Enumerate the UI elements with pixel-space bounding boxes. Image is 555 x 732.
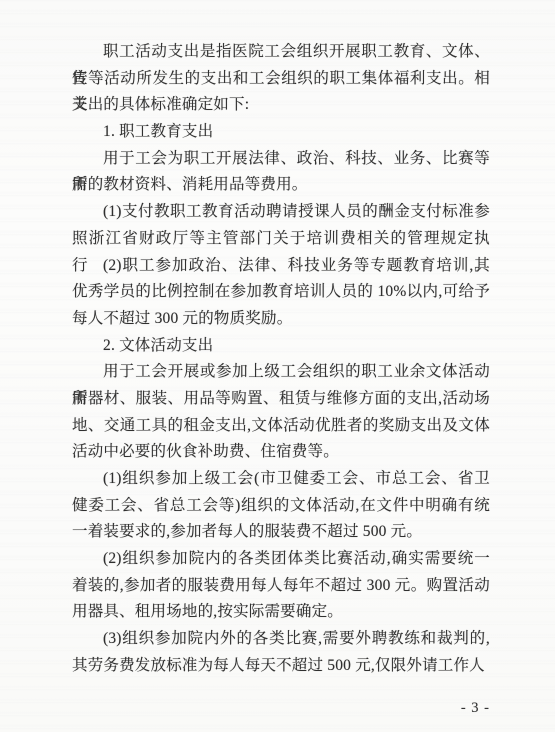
document-line: (1)支付教职工教育活动聘请授课人员的酬金支付标准参 [72,199,490,226]
section-heading-2: 2. 文体活动支出 [72,333,490,360]
document-line: 活动中必要的伙食补助费、住宿费等。 [72,439,490,466]
document-line: 用于工会开展或参加上级工会组织的职工业余文体活动所 [72,359,490,386]
document-line: 用器具、租用场地的,按实际需要确定。 [72,599,490,626]
document-line: (1)组织参加上级工会(市卫健委工会、市总工会、省卫 [72,466,490,493]
document-body: 职工活动支出是指医院工会组织开展职工教育、文体、宣 传等活动所发生的支出和工会组… [72,39,490,680]
document-line: 地、交通工具的租金支出,文体活动优胜者的奖励支出及文体 [72,413,490,440]
section-heading-1: 1. 职工教育支出 [72,119,490,146]
document-line: (2)职工参加政治、法律、科技业务等专题教育培训,其 [72,253,490,280]
document-line: 一着装要求的,参加者每人的服装费不超过 500 元。 [72,519,490,546]
document-line: 其劳务费发放标准为每人每天不超过 500 元,仅限外请工作人 [72,653,490,680]
document-line: 优秀学员的比例控制在参加教育培训人员的 10%以内,可给予 [72,279,490,306]
document-line: 传等活动所发生的支出和工会组织的职工集体福利支出。相关 [72,66,490,93]
document-line: 需的教材资料、消耗用品等费用。 [72,172,490,199]
document-line: 职工活动支出是指医院工会组织开展职工教育、文体、宣 [72,39,490,66]
document-line: 健委工会、省总工会等)组织的文体活动,在文件中明确有统 [72,493,490,520]
document-line: (3)组织参加院内外的各类比赛,需要外聘教练和裁判的, [72,626,490,653]
document-line: 着装的,参加者的服装费用每人每年不超过 300 元。购置活动 [72,573,490,600]
document-line: (2)组织参加院内的各类团体类比赛活动,确实需要统一 [72,546,490,573]
page-number: - 3 - [0,700,490,717]
document-line: 支出的具体标准确定如下: [72,92,490,119]
document-line: 照浙江省财政厅等主管部门关于培训费相关的管理规定执行。 [72,226,490,253]
scanned-document-page: 职工活动支出是指医院工会组织开展职工教育、文体、宣 传等活动所发生的支出和工会组… [0,0,555,732]
document-line: 需器材、服装、用品等购置、租赁与维修方面的支出,活动场 [72,386,490,413]
document-line: 每人不超过 300 元的物质奖励。 [72,306,490,333]
document-line: 用于工会为职工开展法律、政治、科技、业务、比赛等所 [72,146,490,173]
